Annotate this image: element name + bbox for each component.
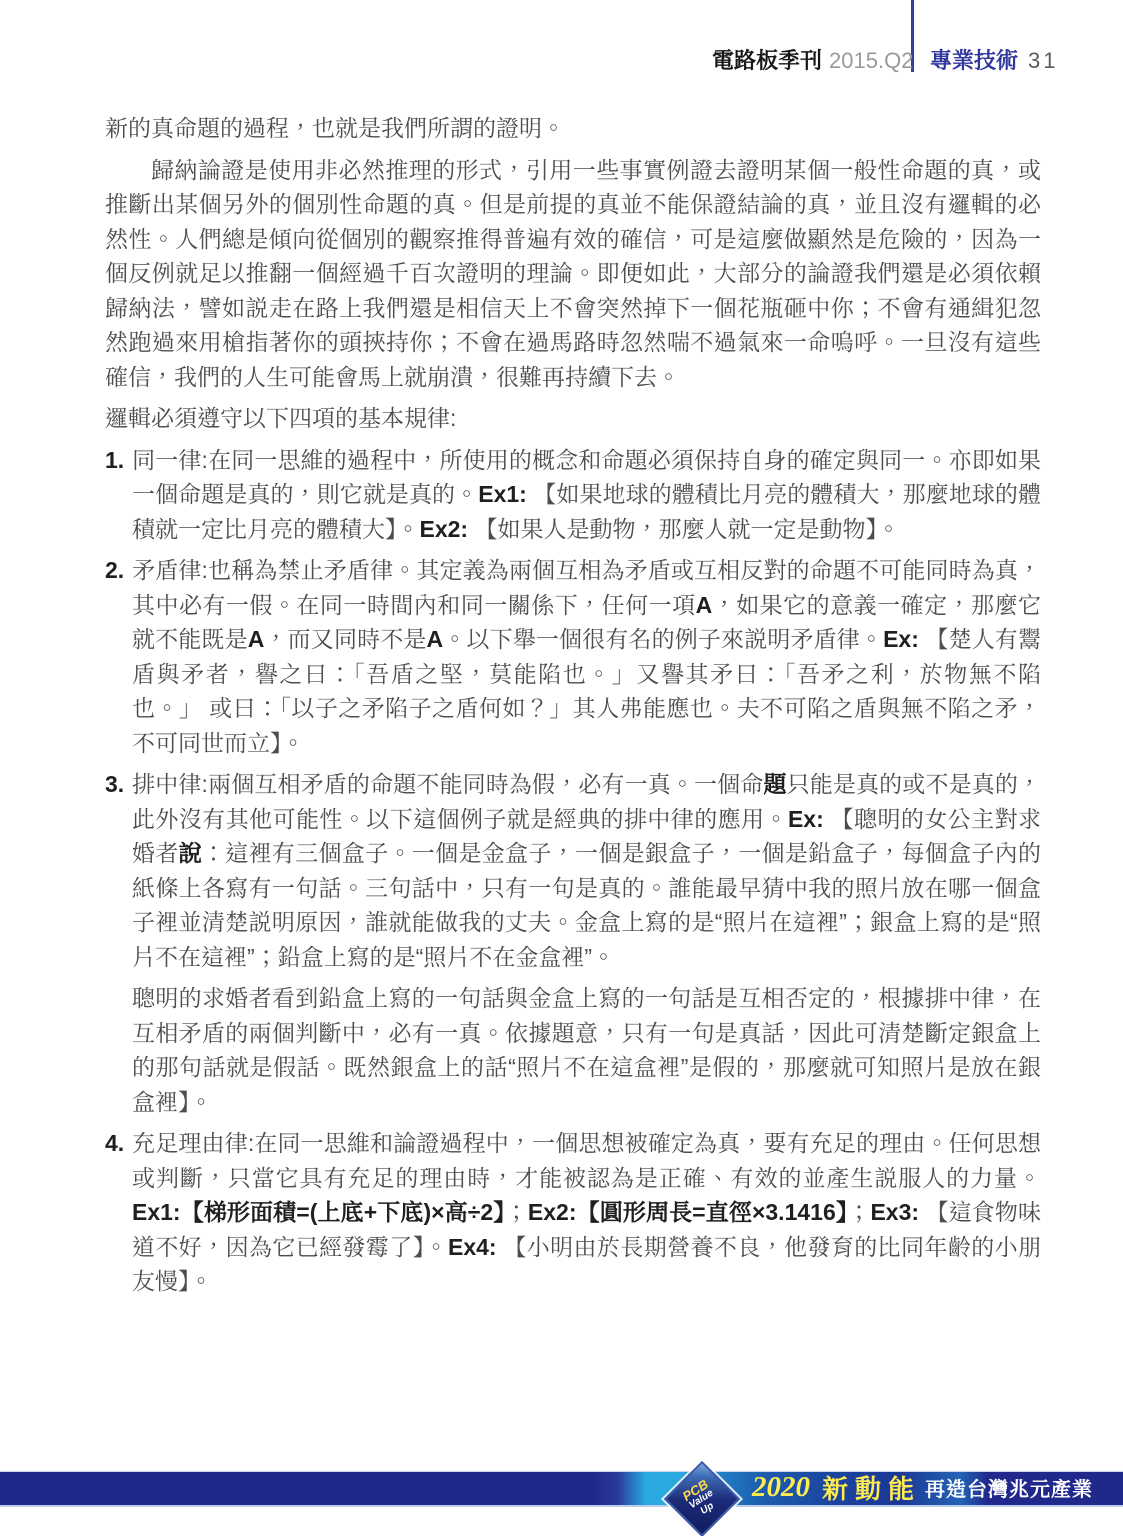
paragraph: 聰明的求婚者看到鉛盒上寫的一句話與金盒上寫的一句話是互相否定的，根據排中律，在互… <box>105 981 1041 1119</box>
text-segment: A <box>696 592 713 618</box>
text-segment: Ex2: <box>420 516 469 542</box>
text-segment: 排中律:兩個互相矛盾的命題不能同時為假，必有一真。一個命 <box>132 771 763 797</box>
footer-slogan: 2020 新動能 再造台灣兆元產業 <box>752 1471 1093 1504</box>
text-segment: Ex4: <box>448 1234 497 1260</box>
text-segment: ； <box>847 1199 870 1225</box>
article-body: 新的真命題的過程，也就是我們所謂的證明。歸納論證是使用非必然推理的形式，引用一些… <box>105 111 1041 1306</box>
issue-label: 2015.Q2 <box>829 48 913 73</box>
journal-title: 電路板季刊 <box>712 48 822 73</box>
list-item: 2.矛盾律:也稱為禁止矛盾律。其定義為兩個互相為矛盾或互相反對的命題不可能同時為… <box>105 553 1041 760</box>
magazine-page: 電路板季刊2015.Q2 專業技術31 新的真命題的過程，也就是我們所謂的證明。… <box>0 0 1123 1536</box>
text-segment: 。以下舉一個很有名的例子來説明矛盾律。 <box>443 626 883 652</box>
text-segment: 【圓形周長=直徑×3.1416】 <box>577 1199 848 1225</box>
text-segment: 邏輯必須遵守以下四項的基本規律: <box>105 405 456 431</box>
page-header-right: 專業技術31 <box>930 44 1059 75</box>
list-item: 1.同一律:在同一思維的過程中，所使用的概念和命題必須保持自身的確定與同一。亦即… <box>105 443 1041 547</box>
text-segment: 【如果人是動物，那麼人就一定是動物】。 <box>468 516 900 542</box>
paragraph: 歸納論證是使用非必然推理的形式，引用一些事實例證去證明某個一般性命題的真，或推斷… <box>105 153 1041 395</box>
text-segment: Ex: <box>883 626 919 652</box>
paragraph: 邏輯必須遵守以下四項的基本規律: <box>105 401 1041 436</box>
text-segment: ：這裡有三個盒子。一個是金盒子，一個是銀盒子，一個是鉛盒子，每個盒子內的紙條上各… <box>132 840 1041 970</box>
text-segment: 聰明的求婚者看到鉛盒上寫的一句話與金盒上寫的一句話是互相否定的，根據排中律，在互… <box>132 985 1041 1115</box>
text-segment: Ex1: <box>478 481 527 507</box>
list-item: 4.充足理由律:在同一思維和論證過程中，一個思想被確定為真，要有充足的理由。任何… <box>105 1126 1041 1299</box>
text-segment: 說 <box>179 840 202 866</box>
text-segment: A <box>427 626 444 652</box>
list-item: 3.排中律:兩個互相矛盾的命題不能同時為假，必有一真。一個命題只能是真的或不是真… <box>105 767 1041 974</box>
text-segment: 題 <box>763 771 786 797</box>
text-segment: 新的真命題的過程，也就是我們所謂的證明。 <box>105 115 565 141</box>
item-marker: 1. <box>105 443 132 478</box>
slogan-main: 新動能 <box>822 1469 921 1506</box>
page-header-left: 電路板季刊2015.Q2 <box>712 44 913 75</box>
slogan-year: 2020 <box>752 1471 810 1504</box>
text-segment: ； <box>505 1199 528 1225</box>
section-label: 專業技術 <box>930 48 1018 73</box>
text-segment: Ex3: <box>870 1199 919 1225</box>
text-segment: 【梯形面積=(上底+下底)×高÷2】 <box>181 1199 505 1225</box>
text-segment: Ex2: <box>528 1199 577 1225</box>
item-marker: 3. <box>105 767 132 802</box>
text-segment: ，而又同時不是 <box>264 626 426 652</box>
text-segment: A <box>248 626 265 652</box>
text-segment: Ex1: <box>132 1199 181 1225</box>
text-segment: Ex: <box>788 806 824 832</box>
text-segment: 歸納論證是使用非必然推理的形式，引用一些事實例證去證明某個一般性命題的真，或推斷… <box>105 157 1041 390</box>
page-number: 31 <box>1028 48 1058 73</box>
item-marker: 2. <box>105 553 132 588</box>
text-segment: 充足理由律:在同一思維和論證過程中，一個思想被確定為真，要有充足的理由。任何思想… <box>132 1130 1041 1191</box>
slogan-sub: 再造台灣兆元產業 <box>925 1473 1093 1502</box>
item-marker: 4. <box>105 1126 132 1161</box>
paragraph: 新的真命題的過程，也就是我們所謂的證明。 <box>105 111 1041 146</box>
